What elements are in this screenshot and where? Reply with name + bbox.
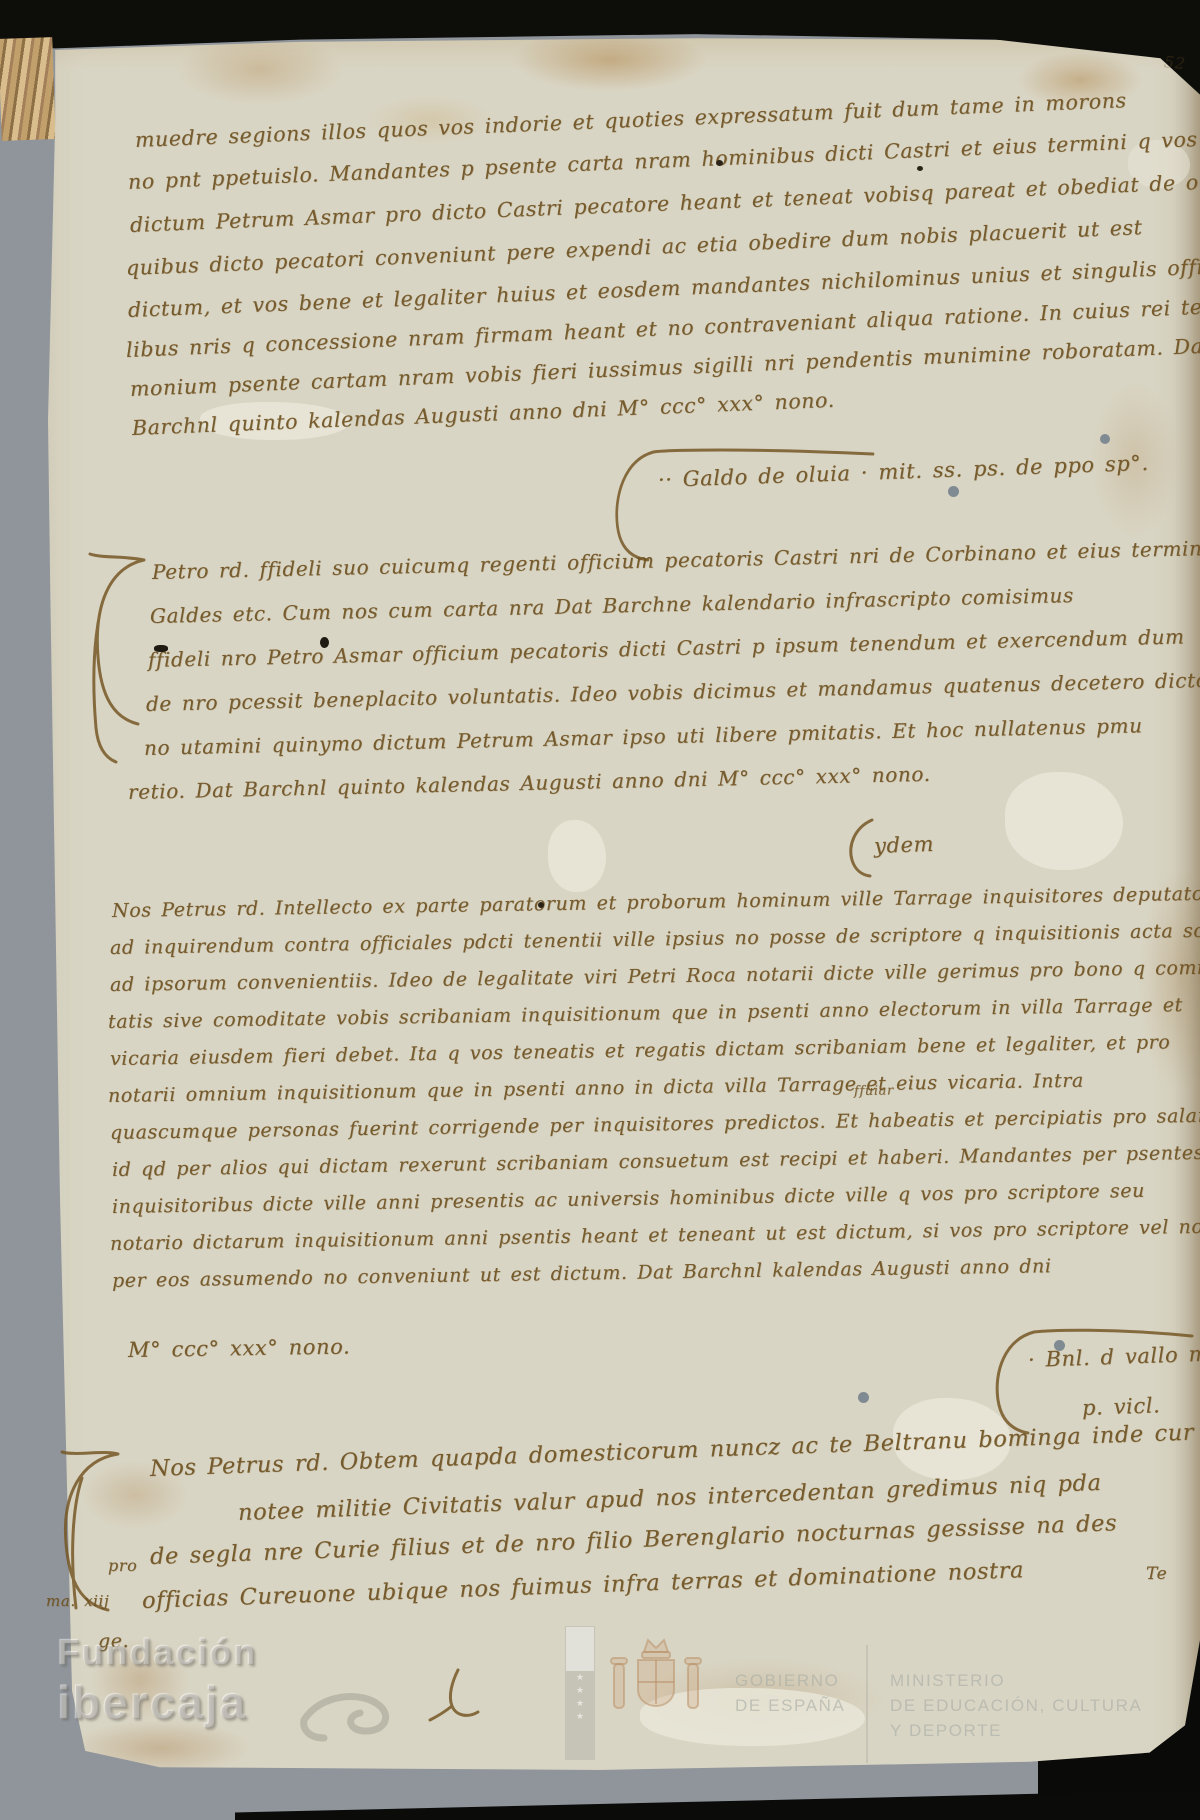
gobierno-line2: DE ESPAÑA [735, 1693, 845, 1718]
parchment-hole [154, 645, 168, 652]
ibercaja-watermark-line1: Fundación [58, 1632, 258, 1674]
spain-coat-of-arms-icon [606, 1634, 706, 1731]
watermark-divider [866, 1645, 868, 1763]
gobierno-watermark: GOBIERNO DE ESPAÑA [735, 1668, 845, 1718]
archival-scan: muedre segions illos quos vos indorie et… [0, 0, 1200, 1820]
marginal-bracket-flourish [846, 818, 876, 882]
eu-star-icon: ★ [565, 1711, 595, 1724]
parchment-hole [538, 902, 544, 908]
folio-mark: 52 [1163, 52, 1186, 73]
paper-patch [1005, 772, 1123, 870]
eu-star-icon: ★ [565, 1698, 595, 1711]
manuscript-line: M° ccc° xxx° nono. [128, 1335, 351, 1362]
paper-patch [548, 820, 606, 892]
marginal-note: pro [108, 1556, 137, 1575]
eu-star-icon: ★ [565, 1672, 595, 1685]
eu-flag-watermark: ★ ★ ★ ★ [565, 1626, 595, 1760]
ibercaja-watermark-line2: ibercaja [58, 1676, 248, 1730]
punch-hole [1054, 1340, 1065, 1351]
interlinear-note: ffuiar [854, 1083, 894, 1099]
punch-hole [858, 1392, 869, 1403]
punch-hole [948, 486, 959, 497]
punch-hole [1100, 434, 1110, 444]
parchment-hole [716, 160, 723, 166]
parchment-hole [320, 637, 329, 648]
marginal-note: Te [1146, 1564, 1167, 1584]
parchment-hole [917, 166, 923, 171]
marginal-note-idem: ydem [874, 832, 935, 858]
gobierno-line1: GOBIERNO [735, 1668, 845, 1693]
ministerio-line2: DE EDUCACIÓN, CULTURA [890, 1693, 1142, 1718]
ministerio-line1: MINISTERIO [890, 1668, 1142, 1693]
scanner-shadow-bottom [235, 1790, 1200, 1820]
pen-flourish [428, 1668, 488, 1727]
ministerio-watermark: MINISTERIO DE EDUCACIÓN, CULTURA Y DEPOR… [890, 1668, 1142, 1743]
marginal-note: ma. xiij [46, 1592, 109, 1610]
book-spine-edge [0, 37, 56, 141]
eu-star-icon: ★ [565, 1685, 595, 1698]
ibercaja-swirl-icon [300, 1686, 392, 1749]
ministerio-line3: Y DEPORTE [890, 1718, 1142, 1743]
scribe-signature-line2: p. vicl. [1082, 1393, 1161, 1420]
